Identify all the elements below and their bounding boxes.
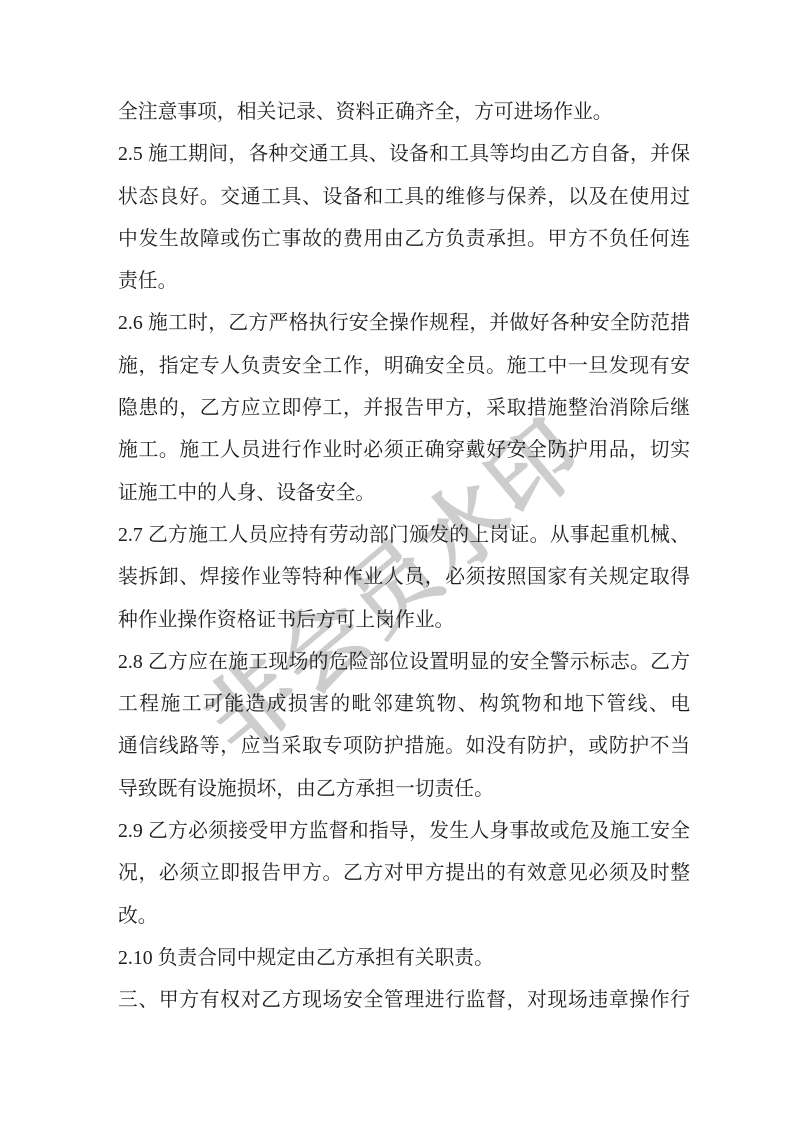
text-line: 2.9 乙方必须接受甲方监督和指导，发生人身事故或危及施工安全情	[118, 810, 690, 852]
text-line: 证施工中的人身、设备安全。	[118, 472, 690, 514]
text-line: 三、甲方有权对乙方现场安全管理进行监督，对现场违章操作行为	[118, 979, 690, 1021]
text-line: 改。	[118, 895, 690, 937]
text-line: 隐患的，乙方应立即停工，并报告甲方，采取措施整治消除后继续	[118, 387, 690, 429]
text-line: 通信线路等，应当采取专项防护措施。如没有防护，或防护不当而	[118, 725, 690, 767]
text-line: 状态良好。交通工具、设备和工具的维修与保养，以及在使用过程	[118, 176, 690, 218]
text-line: 装拆卸、焊接作业等特种作业人员，必须按照国家有关规定取得特	[118, 556, 690, 598]
text-line: 况，必须立即报告甲方。乙方对甲方提出的有效意见必须及时整	[118, 852, 690, 894]
document-body: 全注意事项，相关记录、资料正确齐全，方可进场作业。 2.5 施工期间，各种交通工…	[118, 91, 690, 1022]
text-line: 中发生故障或伤亡事故的费用由乙方负责承担。甲方不负任何连带	[118, 218, 690, 260]
document-page: 非会员水印 全注意事项，相关记录、资料正确齐全，方可进场作业。 2.5 施工期间…	[0, 0, 800, 1131]
text-line: 2.7 乙方施工人员应持有劳动部门颁发的上岗证。从事起重机械、安	[118, 514, 690, 556]
text-line: 施工。施工人员进行作业时必须正确穿戴好安全防护用品，切实保	[118, 429, 690, 471]
text-line: 工程施工可能造成损害的毗邻建筑物、构筑物和地下管线、电力、	[118, 683, 690, 725]
text-line: 2.6 施工时，乙方严格执行安全操作规程，并做好各种安全防范措	[118, 302, 690, 344]
text-line: 种作业操作资格证书后方可上岗作业。	[118, 599, 690, 641]
text-line: 全注意事项，相关记录、资料正确齐全，方可进场作业。	[118, 91, 690, 133]
text-line: 导致既有设施损坏，由乙方承担一切责任。	[118, 768, 690, 810]
text-line: 2.10 负责合同中规定由乙方承担有关职责。	[118, 937, 690, 979]
text-line: 施，指定专人负责安全工作，明确安全员。施工中一旦发现有安全	[118, 345, 690, 387]
text-line: 2.5 施工期间，各种交通工具、设备和工具等均由乙方自备，并保证	[118, 133, 690, 175]
text-line: 2.8 乙方应在施工现场的危险部位设置明显的安全警示标志。乙方对	[118, 641, 690, 683]
text-line: 责任。	[118, 260, 690, 302]
